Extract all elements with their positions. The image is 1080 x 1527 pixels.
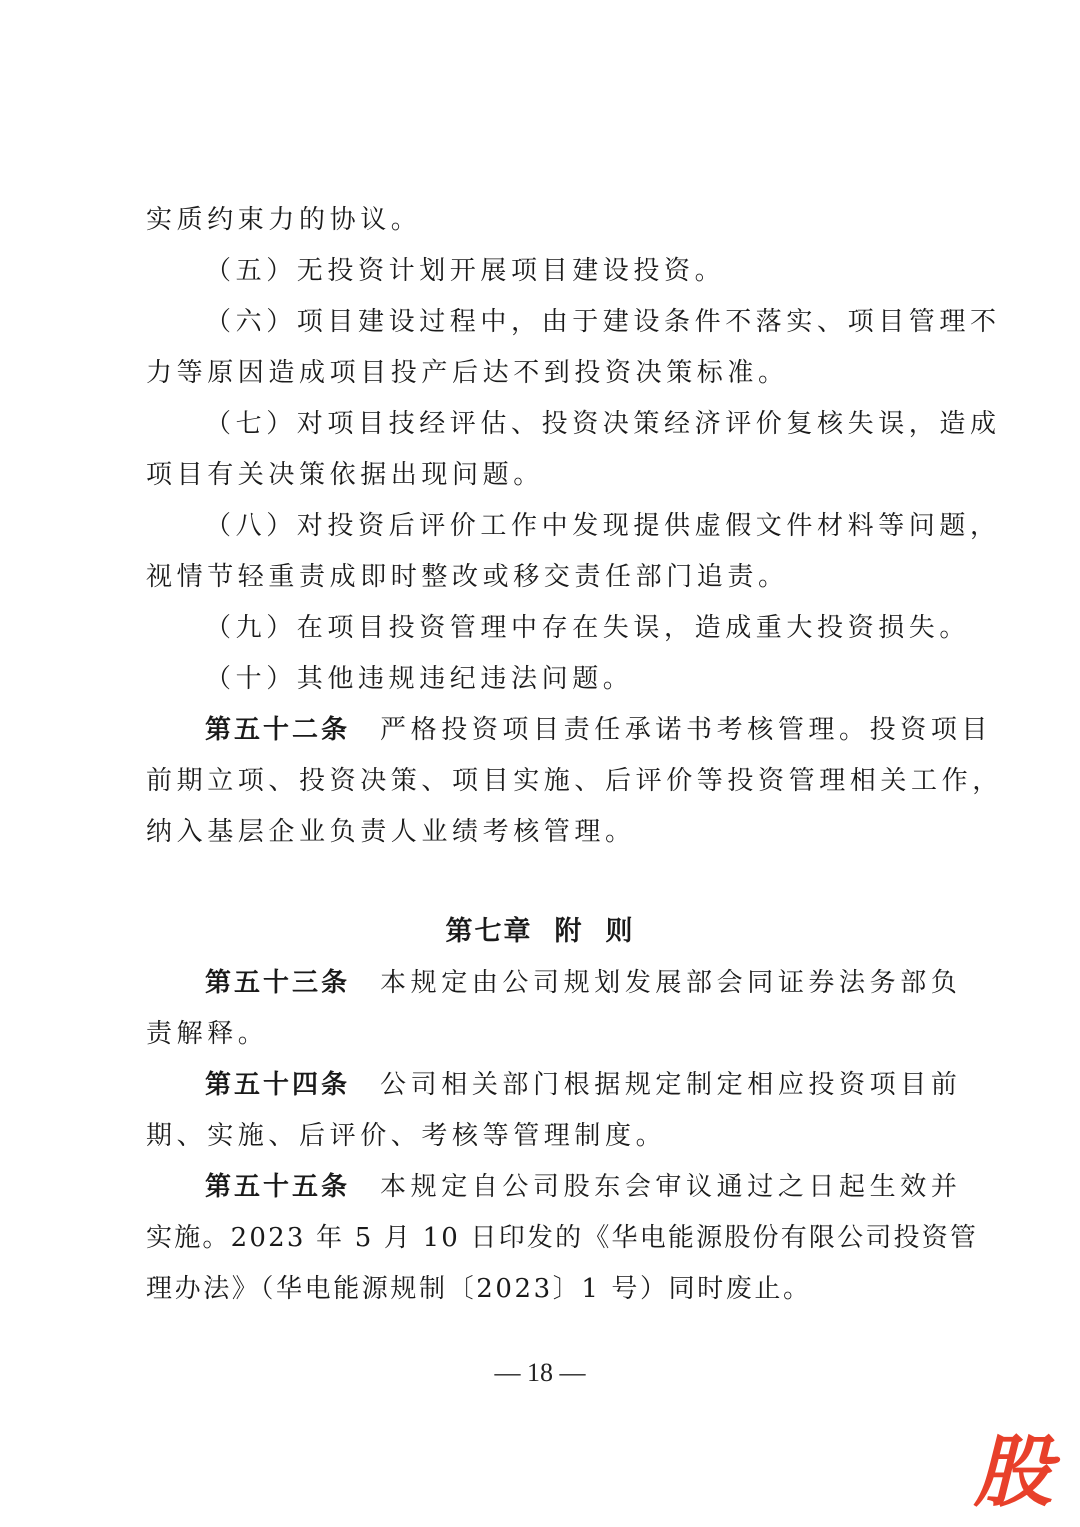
article-text: 本规定自公司股东会审议通过之日起生效并 xyxy=(380,1172,961,1202)
article-55: 第五十五条本规定自公司股东会审议通过之日起生效并 xyxy=(205,1170,950,1204)
list-item-6-cont: 力等原因造成项目投产后达不到投资决策标准。 xyxy=(146,356,946,390)
article-53-line2: 责解释。 xyxy=(146,1017,946,1051)
article-label: 第五十三条 xyxy=(205,968,350,998)
article-label: 第五十四条 xyxy=(205,1070,350,1100)
article-54: 第五十四条公司相关部门根据规定制定相应投资项目前 xyxy=(205,1068,950,1102)
article-54-line2: 期、实施、后评价、考核等管理制度。 xyxy=(146,1119,946,1153)
article-label: 第五十二条 xyxy=(205,715,350,745)
article-text: 公司相关部门根据规定制定相应投资项目前 xyxy=(380,1070,961,1100)
list-item-10: （十）其他违规违纪违法问题。 xyxy=(205,662,1005,696)
article-52-line3: 纳入基层企业负责人业绩考核管理。 xyxy=(146,815,946,849)
list-item-8: （八）对投资后评价工作中发现提供虚假文件材料等问题， xyxy=(205,509,1005,543)
article-52: 第五十二条严格投资项目责任承诺书考核管理。投资项目 xyxy=(205,713,950,747)
chapter-heading: 第七章附则 xyxy=(0,915,1080,949)
article-55-line2: 实施。2023 年 5 月 10 日印发的《华电能源股份有限公司投资管 xyxy=(146,1221,946,1255)
document-page: 实质约束力的协议。 （五）无投资计划开展项目建设投资。 （六）项目建设过程中，由… xyxy=(0,0,1080,1527)
article-text: 本规定由公司规划发展部会同证券法务部负 xyxy=(380,968,961,998)
list-item-9: （九）在项目投资管理中存在失误，造成重大投资损失。 xyxy=(205,611,1005,645)
list-item-7: （七）对项目技经评估、投资决策经济评价复核失误，造成 xyxy=(205,407,1005,441)
list-item-6: （六）项目建设过程中，由于建设条件不落实、项目管理不 xyxy=(205,305,1005,339)
chapter-title-char2: 则 xyxy=(606,916,635,947)
article-text: 严格投资项目责任承诺书考核管理。投资项目 xyxy=(380,715,992,745)
article-52-line2: 前期立项、投资决策、项目实施、后评价等投资管理相关工作， xyxy=(146,764,946,798)
chapter-title-char1: 附 xyxy=(555,916,584,947)
list-item-5: （五）无投资计划开展项目建设投资。 xyxy=(205,254,1005,288)
list-item-7-cont: 项目有关决策依据出现问题。 xyxy=(146,458,946,492)
article-label: 第五十五条 xyxy=(205,1172,350,1202)
article-53: 第五十三条本规定由公司规划发展部会同证券法务部负 xyxy=(205,966,950,1000)
list-item-8-cont: 视情节轻重责成即时整改或移交责任部门追责。 xyxy=(146,560,946,594)
watermark-logo-icon: 股 xyxy=(963,1433,1063,1513)
article-55-line3: 理办法》（华电能源规制〔2023〕1 号）同时废止。 xyxy=(146,1272,946,1306)
chapter-number: 第七章 xyxy=(446,916,533,947)
page-number: — 18 — xyxy=(0,1356,1080,1390)
paragraph-line: 实质约束力的协议。 xyxy=(146,203,946,237)
